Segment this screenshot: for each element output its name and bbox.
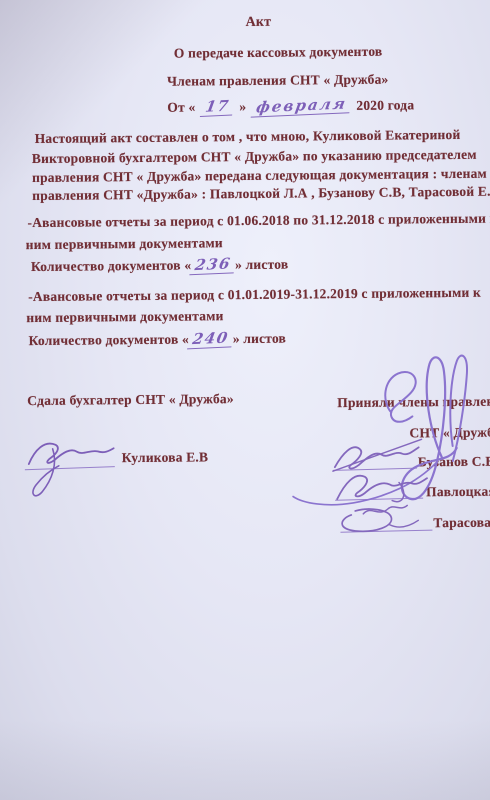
received-name-tarasova: Тарасова — [433, 515, 490, 532]
item2-line: -Авансовые отчеты за период с 01.01.2019… — [28, 285, 481, 305]
paragraph-line: правления СНТ «Дружба» : Павлоцкой Л.А ,… — [32, 184, 490, 204]
date-close-quote: » — [239, 99, 246, 114]
item1-line: ним первичными документами — [26, 235, 223, 253]
received-name-buzanov: Бузанов С.В — [418, 454, 490, 471]
paragraph-line: Настоящий акт составлен о том , что мною… — [35, 127, 461, 147]
signature-rule-pavlotskaya — [335, 498, 423, 501]
item1-line: -Авансовые отчеты за период с 01.06.2018… — [27, 211, 490, 232]
handwritten-count-236: 236 — [190, 256, 237, 275]
item2-line: ним первичными документами — [26, 308, 223, 326]
handwritten-month: февраля — [251, 96, 353, 117]
date-year: 2020 года — [356, 97, 414, 113]
received-name-pavlotskaya: Павлоцкая — [426, 484, 490, 501]
count1-suffix: » листов — [235, 257, 288, 273]
handwritten-count-240: 240 — [187, 330, 234, 349]
count1-label: Количество документов « — [31, 258, 191, 275]
count2-suffix: » листов — [233, 331, 286, 347]
photographed-act-document: Акт О передаче кассовых документов Члена… — [0, 0, 490, 800]
received-role-line2: СНТ « Дружба» — [409, 424, 490, 441]
document-title: Акт — [245, 15, 271, 31]
date-prefix: От « — [167, 99, 195, 114]
handed-name: Куликова Е.В — [122, 449, 209, 466]
handed-role: Сдала бухгалтер СНТ « Дружба» — [27, 391, 234, 409]
count2-label: Количество документов « — [29, 332, 189, 349]
signature-rule-tarasova — [340, 530, 432, 533]
signature-rule-buzanov — [333, 468, 417, 471]
count2-line: Количество документов «240» листов — [29, 331, 287, 350]
document-content: Акт О передаче кассовых документов Члена… — [0, 0, 490, 800]
count1-line: Количество документов «236» листов — [31, 257, 289, 276]
paragraph-line: Викторовной бухгалтером СНТ « Дружба» по… — [32, 147, 477, 167]
handwritten-day: 17 — [200, 99, 235, 117]
signature-tarasova — [342, 505, 419, 531]
signature-buzanov — [333, 439, 422, 471]
document-subtitle: О передаче кассовых документов — [174, 44, 383, 62]
signature-rule-kulikova — [25, 466, 115, 470]
received-role-line1: Приняли члены правления — [337, 393, 490, 411]
document-addressee: Членам правления СНТ « Дружба» — [167, 72, 388, 90]
date-line: От «17»февраля2020 года — [167, 97, 414, 116]
paragraph-line: правления СНТ « Дружба» передана следующ… — [32, 166, 487, 186]
